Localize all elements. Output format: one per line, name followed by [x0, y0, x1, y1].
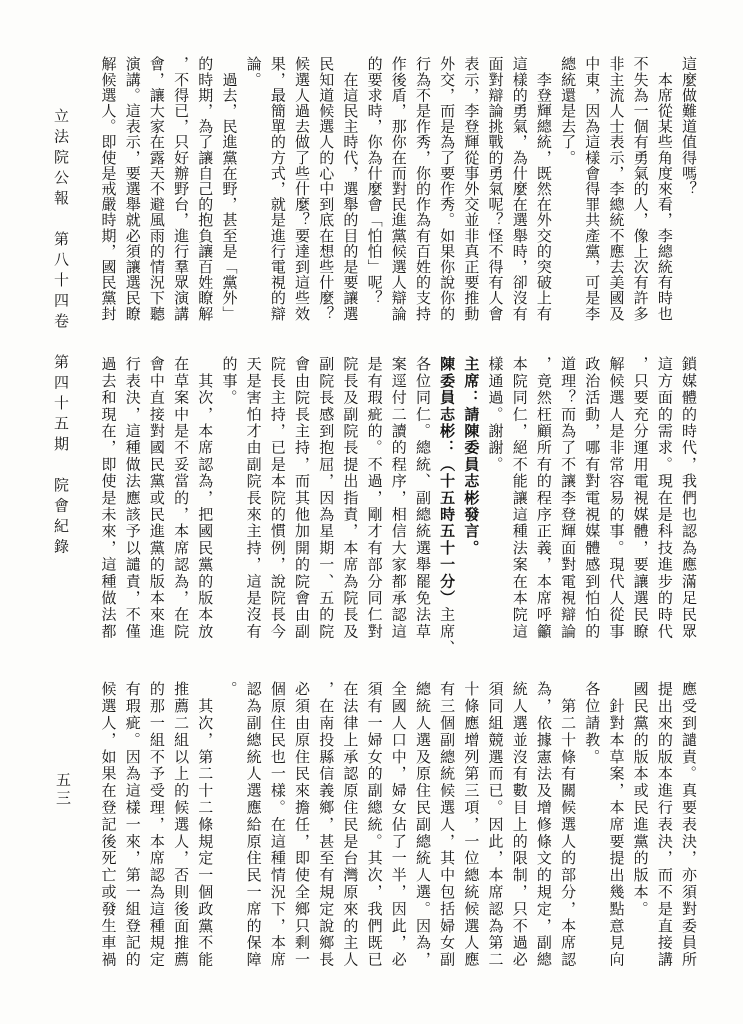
text-column: 為，依據憲法及增修條文的規定，副總: [530, 681, 554, 987]
text-column: 解候選人是非常容易的事。現代人從事: [602, 356, 626, 658]
text-column: 道理？而為了不讓李登輝面對電視辯論: [554, 356, 578, 658]
text-column: 副院長感到抱屈，因為星期一、五的院: [312, 356, 336, 658]
speaker-name-bold: 主席：請陳委員志彬發言。: [462, 356, 478, 556]
text-column: 行為不是作秀，你的作為有百姓的支持: [409, 56, 433, 337]
text-column: 這樣的勇氣，為什麼在選舉時，卻沒有: [506, 56, 530, 337]
text-column: 民知道候選人的心中到底在想些什麼？: [312, 56, 336, 337]
text-column: 樣通過。謝謝。: [481, 356, 505, 658]
text-column: 。: [215, 681, 239, 987]
text-column: 各位請教。: [578, 681, 602, 987]
text-column: 的事。: [215, 356, 239, 658]
text-column: 面對辯論挑戰的勇氣呢？怪不得有人會: [481, 56, 505, 337]
text-column: 候選人，如果在登記後死亡或發生車禍: [94, 681, 118, 987]
text-column: 果，最簡單的方式，就是進行電視的辯: [264, 56, 288, 337]
text-column: 有三個副總統候選人，其中包括婦女副: [433, 681, 457, 987]
text-column: 非主流人士表示，李總統不應去美國及: [602, 56, 626, 337]
gazette-scanned-page: 立法院公報 第八十四卷 第四十五期 院會紀錄 五三 這麼做難道值得嗎？ 本席從某…: [0, 0, 743, 1024]
text-column: 總統人選及原住民副總統人選。因為，: [409, 681, 433, 987]
text-column: 過去，民進黨在野，甚至是「黨外」: [215, 56, 239, 337]
text-column: 會由院長主持，而其他加開的院會由副: [288, 356, 312, 658]
text-column: 這麼做難道值得嗎？: [675, 56, 699, 337]
text-column: 政治活動，哪有對電視媒體感到怕怕的: [578, 356, 602, 658]
text-column: 有瑕疵。因為這樣一來，第一組登記的: [119, 681, 143, 987]
gazette-volume-label: 立法院公報 第八十四卷 第四十五期 院會紀錄: [50, 108, 71, 568]
text-column: 案逕付二讀的程序，相信大家都承認這: [385, 356, 409, 658]
text-column: 主席：請陳委員志彬發言。: [457, 356, 481, 658]
text-column: 表示，李登輝從事外交並非真正要推動: [457, 56, 481, 337]
page-number: 五三: [52, 772, 73, 808]
text-column: 這方面的需求。現在是科技進步的時代: [651, 356, 675, 658]
speaker-name-bold: 陳委員志彬：（十五時五十一分）: [438, 356, 454, 607]
text-column: ，竟然枉顧所有的程序正義，本席呼籲: [530, 356, 554, 658]
text-column: 其次，第二十二條規定一個政黨不能: [191, 681, 215, 987]
text-column: 行表決，這種做法應該予以譴責，不僅: [119, 356, 143, 658]
text-column: 各位同仁。總統、副總統選舉罷免法草: [409, 356, 433, 658]
text-column: 陳委員志彬：（十五時五十一分）主席、: [433, 356, 457, 658]
text-column: 須同組競選而已。因此，本席認為第二: [481, 681, 505, 987]
text-column: 不失為一個有勇氣的人，像上次有許多: [626, 56, 650, 337]
text-column: 推薦二組以上的候選人，否則後面推薦: [167, 681, 191, 987]
text-column: 作後盾，那你在而對民進黨候選人辯論: [385, 56, 409, 337]
text-column: 院長及副院長提出指責，本席為院長及: [336, 356, 360, 658]
text-column: ，在南投縣信義鄉，甚至有規定說鄉長: [312, 681, 336, 987]
text-column: 天是害怕才由副院長來主持，這是沒有: [239, 356, 263, 658]
text-column: 李登輝總統，既然在外交的突破上有: [530, 56, 554, 337]
text-column: 必須由原住民來擔任，即使全鄉只剩一: [288, 681, 312, 987]
text-column: 是有瑕疵的。不過，剛才有部分同仁對: [360, 356, 384, 658]
text-column: 統人選並沒有數目上的限制，只不過必: [506, 681, 530, 987]
text-column: 第二十條有關候選人的部分，本席認: [554, 681, 578, 987]
text-column: 的那一組不予受理，本席認為這種規定: [143, 681, 167, 987]
text-column: 中東，因為這樣會得罪共產黨，可是李: [578, 56, 602, 337]
text-register-bottom: 應受到譴責。真要表決，亦須對委員所提出來的版本進行表決，而不是直接講國民黨的版本…: [93, 681, 699, 987]
text-column: 本席從某些角度來看，李總統有時也: [651, 56, 675, 337]
text-column: 院長主持，已是本院的慣例，說院長今: [264, 356, 288, 658]
text-column: 演講。這表示，要選舉就必須讓選民瞭: [119, 56, 143, 337]
text-column: 應受到譴責。真要表決，亦須對委員所: [675, 681, 699, 987]
text-column: 在法律上承認原住民是台灣原來的主人: [336, 681, 360, 987]
text-column: 會，讓大家在露天不避風雨的情況下聽: [143, 56, 167, 337]
text-column: 候選人過去做了些什麼？要達到這些效: [288, 56, 312, 337]
text-column: 其次，本席認為，把國民黨的版本放: [191, 356, 215, 658]
text-column: 在這民主時代，選舉的目的是要讓選: [336, 56, 360, 337]
text-column: ，只要充分運用電視媒體，要讓選民瞭: [626, 356, 650, 658]
text-column: 會中直接對國民黨或民進黨的版本來進: [143, 356, 167, 658]
text-column: 須有一婦女的副總統。其次，我們既已: [360, 681, 384, 987]
text-column: 全國人口中，婦女佔了一半，因此，必: [385, 681, 409, 987]
text-column: 個原住民也一樣。在這種情況下，本席: [264, 681, 288, 987]
text-column: 解候選人。即使是戒嚴時期，國民黨封: [94, 56, 118, 337]
text-column: ，不得已，只好辦野台，進行羣眾演講: [167, 56, 191, 337]
text-column: 的要求時，你為什麼會「怕怕」呢？: [360, 56, 384, 337]
text-column: 總統還是去了。: [554, 56, 578, 337]
text-column: 過去和現在，即使是未來，這種做法都: [94, 356, 118, 658]
text-register-top: 這麼做難道值得嗎？ 本席從某些角度來看，李總統有時也不失為一個有勇氣的人，像上次…: [93, 56, 699, 337]
text-column: 在草案中是不妥當的，本席認為，在院: [167, 356, 191, 658]
text-column: 國民黨的版本或民進黨的版本。: [626, 681, 650, 987]
text-column: 的時期，為了讓自己的抱負讓百姓瞭解: [191, 56, 215, 337]
text-column: 外交，而是為了要作秀。如果你說你的: [433, 56, 457, 337]
text-column: 論。: [239, 56, 263, 337]
text-register-middle: 鎖媒體的時代，我們也認為應滿足民眾這方面的需求。現在是科技進步的時代，只要充分運…: [93, 356, 699, 658]
text-column: 十條應增列第三項，一位總統候選人應: [457, 681, 481, 987]
text-column: 本院同仁，絕不能讓這種法案在本院這: [506, 356, 530, 658]
text-column: 針對本草案，本席要提出幾點意見向: [602, 681, 626, 987]
text-column: 提出來的版本進行表決，而不是直接講: [651, 681, 675, 987]
text-column: 鎖媒體的時代，我們也認為應滿足民眾: [675, 356, 699, 658]
text-column: 認為副總統人選應給原住民一席的保障: [239, 681, 263, 987]
